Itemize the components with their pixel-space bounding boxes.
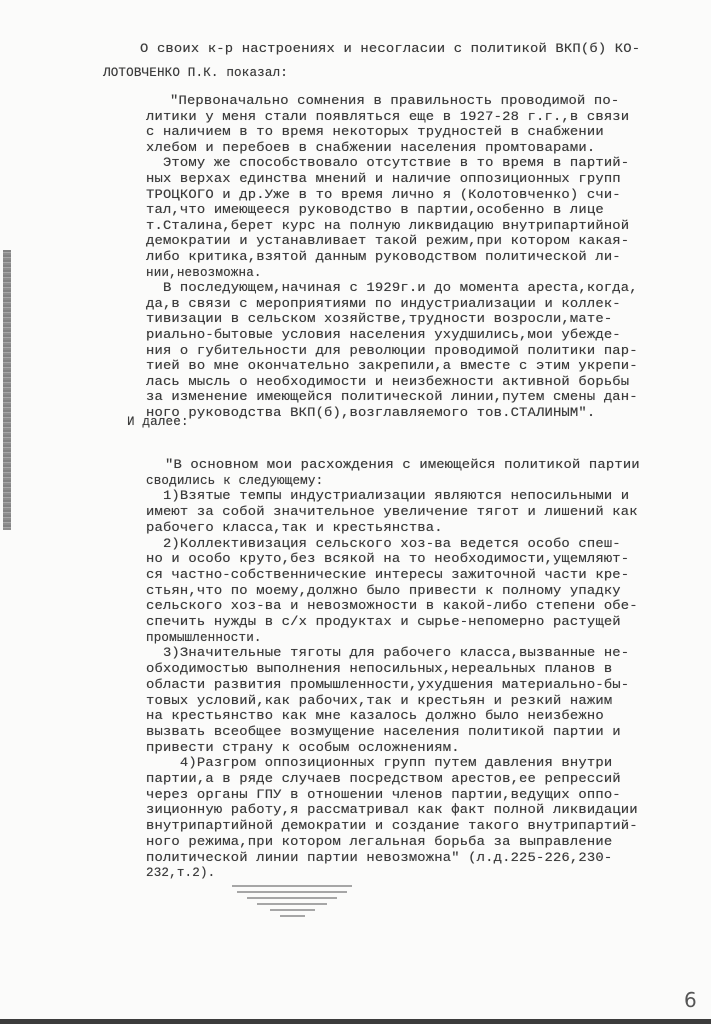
text-line: т.Сталина,берет курс на полную ликвидаци…: [146, 219, 629, 234]
text-line: привести страну к особым осложнениям.: [146, 741, 460, 756]
text-line: риально-бытовые условия населения ухудши…: [146, 328, 621, 343]
text-line: ния о губительности для революции провод…: [146, 344, 638, 359]
text-line: демократии и устанавливает такой режим,п…: [146, 234, 629, 249]
text-line: партии,а в ряде случаев посредством арес…: [146, 772, 621, 787]
text-line: 1)Взятые темпы индустриализации являются…: [146, 489, 629, 504]
document-page: О своих к-р настроениях и несогласии с п…: [0, 0, 711, 1024]
text-line: области развития промышленности,ухудшени…: [146, 678, 629, 693]
text-line: ЛОТОВЧЕНКО П.К. показал:: [103, 66, 288, 81]
text-line: политической линии партии невозможна" (л…: [146, 851, 612, 866]
text-line: 2)Коллективизация сельского хоз-ва ведет…: [146, 537, 621, 552]
text-line: тал,что имеющееся руководство в партии,о…: [146, 203, 604, 218]
text-line: рабочего класса,так и крестьянства.: [146, 521, 443, 536]
text-line: 232,т.2).: [146, 866, 215, 881]
text-line: 3)Значительные тяготы для рабочего класс…: [146, 646, 629, 661]
text-line: ТРОЦКОГО и др.Уже в то время лично я (Ко…: [146, 188, 621, 203]
text-line: сельского хоз-ва и невозможности в какой…: [146, 599, 638, 614]
text-line: вызвать всеобщее возмущение населения по…: [146, 725, 621, 740]
text-line: зиционную работу,я рассматривал как факт…: [146, 803, 638, 818]
text-line: нии,невозможна.: [146, 266, 262, 281]
text-line: тивизации в сельском хозяйстве,трудности…: [146, 312, 612, 327]
text-line: имеют за собой значительное увеличение т…: [146, 505, 638, 520]
text-line: В последующем,начиная с 1929г.и до момен…: [146, 281, 638, 296]
text-line: но и особо круто,без всякой на то необхо…: [146, 552, 629, 567]
faded-stamp: [232, 885, 352, 921]
text-line: 4)Разгром оппозиционных групп путем давл…: [146, 756, 612, 771]
text-line: спечить нужды в с/х продуктах и сырье-не…: [146, 615, 621, 630]
text-line: "В основном мои расхождения с имеющейся …: [165, 458, 640, 473]
text-line: О своих к-р настроениях и несогласии с п…: [140, 42, 640, 57]
text-line: либо критика,взятой данным руководством …: [146, 250, 621, 265]
text-line: внутрипартийной демократии и создание та…: [146, 819, 638, 834]
text-line: И далее:: [127, 415, 189, 430]
text-line: товых условий,как рабочих,так и крестьян…: [146, 694, 612, 709]
text-line: хлебом и перебоев в снабжении населения …: [146, 141, 595, 156]
scan-edge-shadow: [3, 250, 11, 530]
text-line: "Первоначально сомнения в правильность п…: [170, 94, 619, 109]
text-line: промышленности.: [146, 631, 262, 646]
text-line: на крестьянство как мне казалось должно …: [146, 709, 604, 724]
text-line: лась мысль о необходимости и неизбежност…: [146, 375, 629, 390]
text-line: через органы ГПУ в отношении членов парт…: [146, 788, 621, 803]
text-line: ных верхах единства мнений и наличие опп…: [146, 172, 621, 187]
page-number: 6: [684, 988, 697, 1012]
text-line: с наличием в то время некоторых трудност…: [146, 125, 604, 140]
scan-bottom-edge: [0, 1019, 711, 1024]
text-line: обходимостью выполнения непосильных,нере…: [146, 662, 612, 677]
text-line: Этому же способствовало отсутствие в то …: [146, 156, 629, 171]
text-line: ся частно-собственнические интересы зажи…: [146, 568, 629, 583]
text-line: да,в связи с мероприятиями по индустриал…: [146, 297, 621, 312]
text-line: ного руководства ВКП(б),возглавляемого т…: [146, 406, 595, 421]
text-line: литики у меня стали появляться еще в 192…: [146, 110, 629, 125]
text-line: тией во мне окончательно закрепили,а вме…: [146, 359, 638, 374]
text-line: сводились к следующему:: [146, 474, 323, 489]
text-line: за изменение имеющейся политической лини…: [146, 390, 638, 405]
text-line: стьян,что по моему,должно было привести …: [146, 584, 621, 599]
text-line: ного режима,при котором легальная борьба…: [146, 835, 612, 850]
